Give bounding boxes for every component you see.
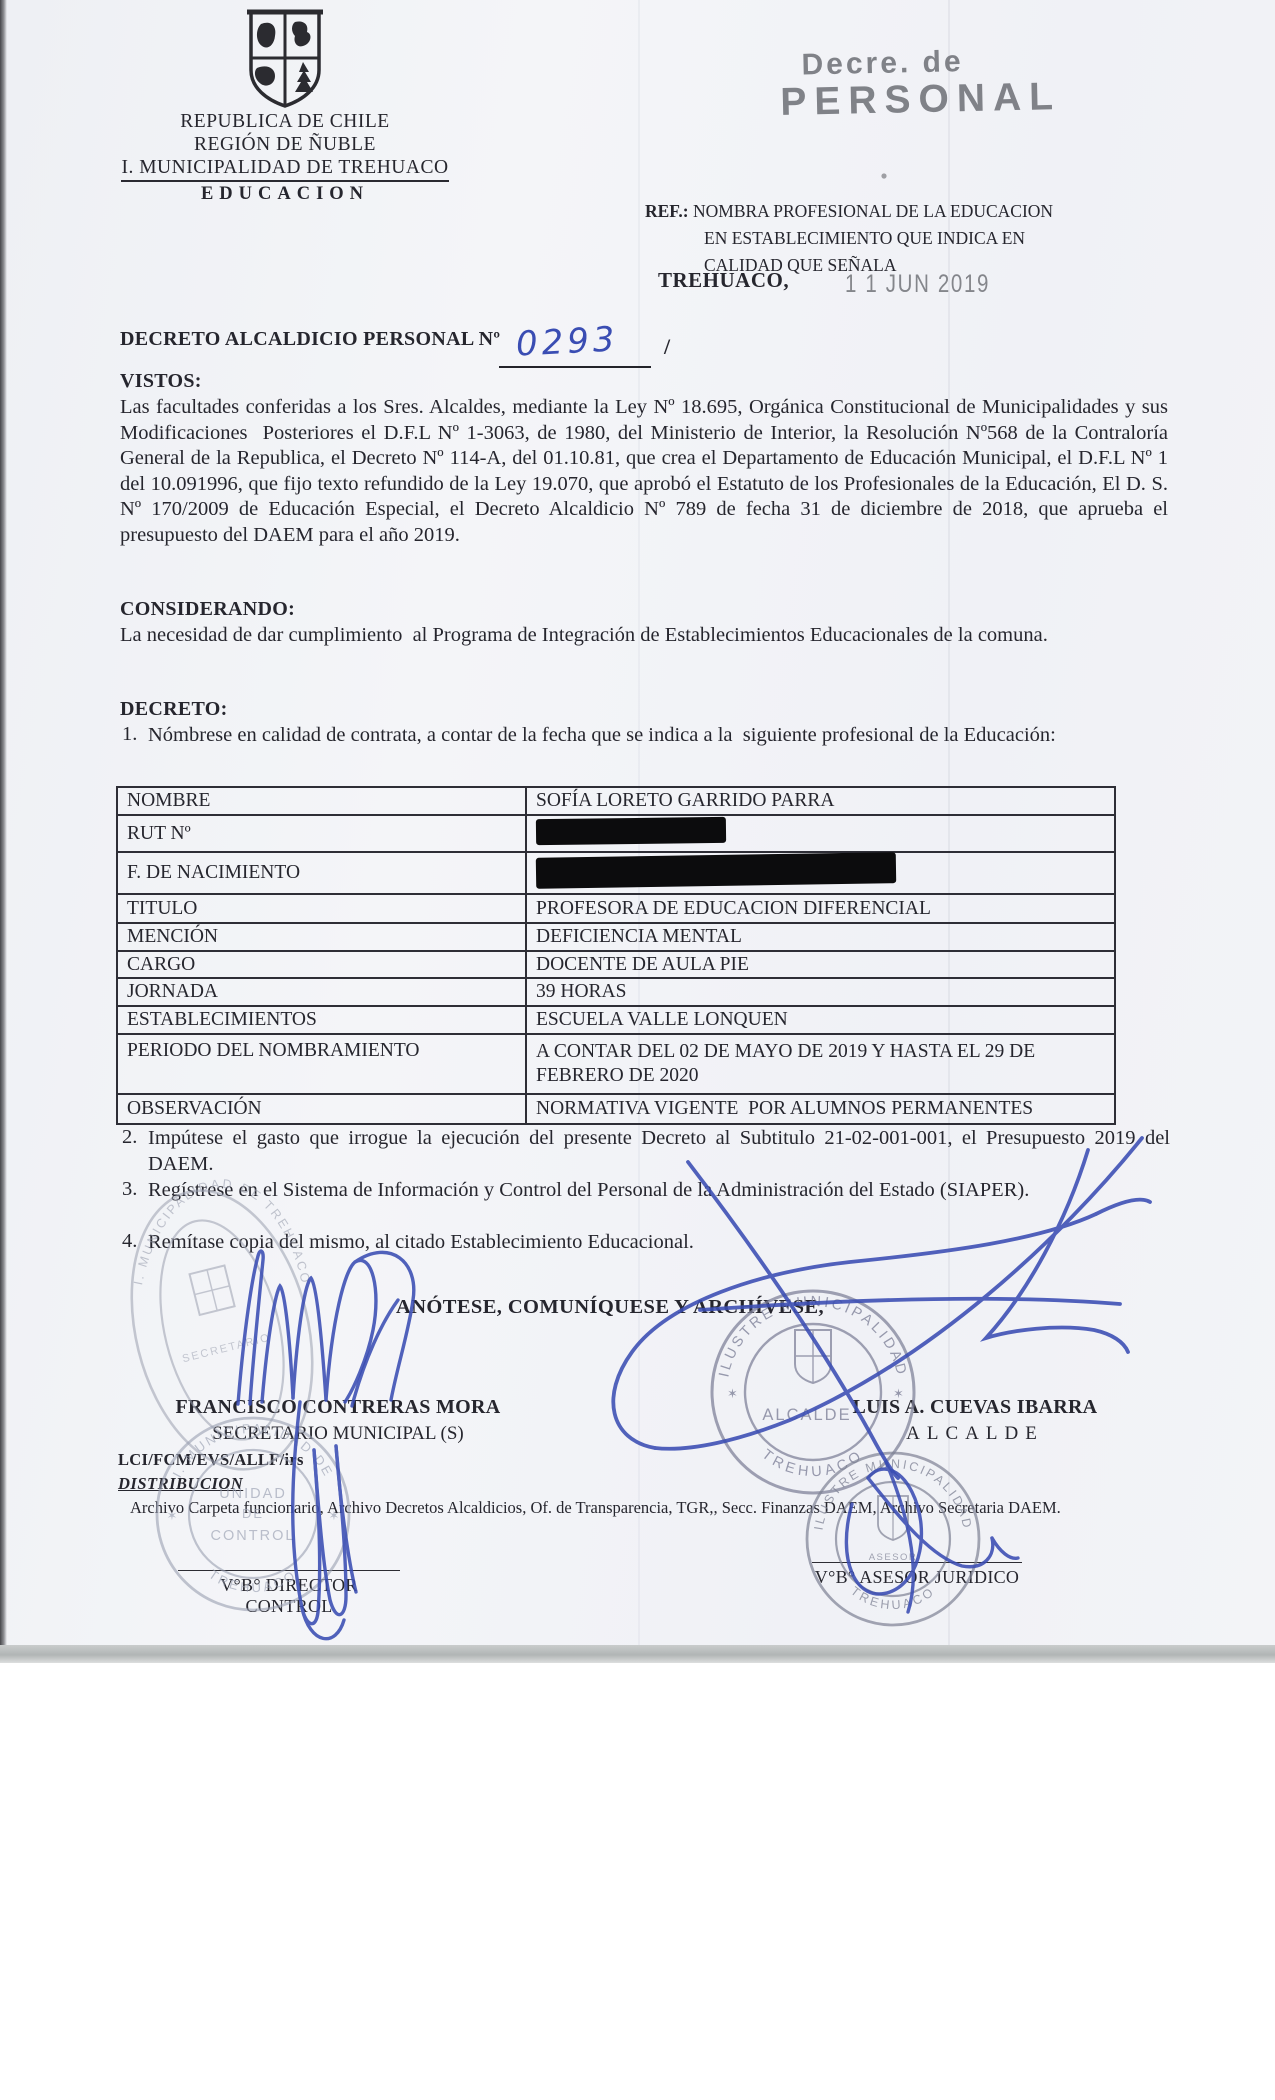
item3-text: Regístrese en el Sistema de Información … (148, 1178, 1170, 1204)
row-label: MENCIÓN (117, 923, 526, 951)
signature-block-secretary: FRANCISCO CONTRERAS MORA SECRETARIO MUNI… (168, 1396, 508, 1445)
secretary-name: FRANCISCO CONTRERAS MORA (168, 1396, 508, 1419)
personal-decree-stamp-line2: PERSONAL (780, 75, 1062, 125)
date-stamp: 1 1 JUN 2019 (845, 270, 990, 299)
table-row: CARGO DOCENTE DE AULA PIE (117, 951, 1115, 978)
table-row: F. DE NACIMIENTO (117, 852, 1115, 894)
table-row: TITULO PROFESORA DE EDUCACION DIFERENCIA… (117, 894, 1115, 923)
scan-edge-shadow (0, 0, 7, 1648)
table-row: PERIODO DEL NOMBRAMIENTO A CONTAR DEL 02… (117, 1034, 1115, 1094)
table-row: OBSERVACIÓN NORMATIVA VIGENTE POR ALUMNO… (117, 1094, 1115, 1124)
row-label: CARGO (117, 951, 526, 978)
item4-number: 4. (122, 1230, 137, 1253)
handwritten-decree-number: 0293 (515, 319, 619, 364)
item2-text: Impútese el gasto que irrogue la ejecuci… (148, 1126, 1170, 1177)
ref-label: REF.: (645, 201, 689, 221)
redaction-bar (536, 817, 726, 845)
row-label: RUT Nº (117, 815, 526, 852)
secretary-title: SECRETARIO MUNICIPAL (S) (168, 1423, 508, 1445)
approval-director-control: V°B° DIRECTOR CONTROL (178, 1570, 400, 1617)
table-row: NOMBRE SOFÍA LORETO GARRIDO PARRA (117, 787, 1115, 815)
decreto-heading: DECRETO: (120, 698, 228, 721)
row-value-redacted (526, 815, 1115, 852)
city-dateline: TREHUACO, (658, 268, 789, 293)
ref-block: REF.: NOMBRA PROFESIONAL DE LA EDUCACION… (645, 198, 1115, 279)
drafting-initials: LCI/FCM/EVS/ALLF/irs (118, 1450, 304, 1470)
row-value: PROFESORA DE EDUCACION DIFERENCIAL (526, 894, 1115, 923)
personal-decree-stamp: Decre. de PERSONAL (779, 43, 1061, 125)
municipal-coat-of-arms (237, 8, 333, 110)
row-value-redacted (526, 852, 1115, 894)
row-value: NORMATIVA VIGENTE POR ALUMNOS PERMANENTE… (526, 1094, 1115, 1124)
row-label: OBSERVACIÓN (117, 1094, 526, 1124)
letterhead: REPUBLICA DE CHILE REGIÓN DE ÑUBLE I. MU… (120, 8, 450, 205)
letterhead-region: REGIÓN DE ÑUBLE (120, 133, 450, 156)
item2-number: 2. (122, 1126, 137, 1149)
decree-number-label: DECRETO ALCALDICIO PERSONAL Nº (120, 328, 500, 351)
table-row: RUT Nº (117, 815, 1115, 852)
row-label: ESTABLECIMIENTOS (117, 1006, 526, 1034)
row-value: ESCUELA VALLE LONQUEN (526, 1006, 1115, 1034)
row-label: F. DE NACIMIENTO (117, 852, 526, 894)
scan-bottom-edge (0, 1645, 1275, 1663)
item4-text: Remítase copia del mismo, al citado Esta… (148, 1230, 1170, 1256)
ref-line2: EN ESTABLECIMIENTO QUE INDICA EN (704, 225, 1115, 252)
row-label: JORNADA (117, 978, 526, 1006)
ref-line1: NOMBRA PROFESIONAL DE LA EDUCACION (693, 201, 1053, 221)
row-label: NOMBRE (117, 787, 526, 815)
approval-asesor-juridico: V°B° ASESOR JURIDICO (812, 1562, 1022, 1588)
row-value: 39 HORAS (526, 978, 1115, 1006)
distribution-list: Archivo Carpeta funcionario, Archivo Dec… (130, 1498, 1190, 1518)
scanned-decree-page: { "doc": { "header": { "country": "REPUB… (0, 0, 1275, 2100)
table-row: ESTABLECIMIENTOS ESCUELA VALLE LONQUEN (117, 1006, 1115, 1034)
vistos-heading: VISTOS: (120, 370, 202, 393)
considerando-heading: CONSIDERANDO: (120, 598, 295, 621)
mayor-name: LUIS A. CUEVAS IBARRA (845, 1396, 1105, 1419)
table-row: JORNADA 39 HORAS (117, 978, 1115, 1006)
item1-text: Nómbrese en calidad de contrata, a conta… (148, 723, 1170, 749)
closing-formula: ANÓTESE, COMUNÍQUESE Y ARCHÍVESE, (396, 1296, 824, 1319)
item3-number: 3. (122, 1178, 137, 1201)
item1-number: 1. (122, 723, 137, 746)
table-row: MENCIÓN DEFICIENCIA MENTAL (117, 923, 1115, 951)
row-value: DOCENTE DE AULA PIE (526, 951, 1115, 978)
row-label: PERIODO DEL NOMBRAMIENTO (117, 1034, 526, 1094)
redaction-bar (536, 852, 896, 889)
row-value: A CONTAR DEL 02 DE MAYO DE 2019 Y HASTA … (526, 1034, 1115, 1094)
vistos-body: Las facultades conferidas a los Sres. Al… (120, 395, 1168, 548)
mayor-title: ALCALDE (845, 1423, 1105, 1445)
row-value: SOFÍA LORETO GARRIDO PARRA (526, 787, 1115, 815)
considerando-body: La necesidad de dar cumplimiento al Prog… (120, 623, 1168, 649)
distribution-label: DISTRIBUCION (118, 1474, 243, 1494)
signature-block-mayor: LUIS A. CUEVAS IBARRA ALCALDE (845, 1396, 1105, 1445)
letterhead-department: EDUCACION (120, 184, 450, 205)
letterhead-country: REPUBLICA DE CHILE (120, 110, 450, 133)
appointment-table: NOMBRE SOFÍA LORETO GARRIDO PARRA RUT Nº… (116, 786, 1116, 1125)
decree-number-slash: / (664, 334, 670, 360)
row-label: TITULO (117, 894, 526, 923)
letterhead-municipality: I. MUNICIPALIDAD DE TREHUACO (121, 156, 448, 182)
row-value: DEFICIENCIA MENTAL (526, 923, 1115, 951)
